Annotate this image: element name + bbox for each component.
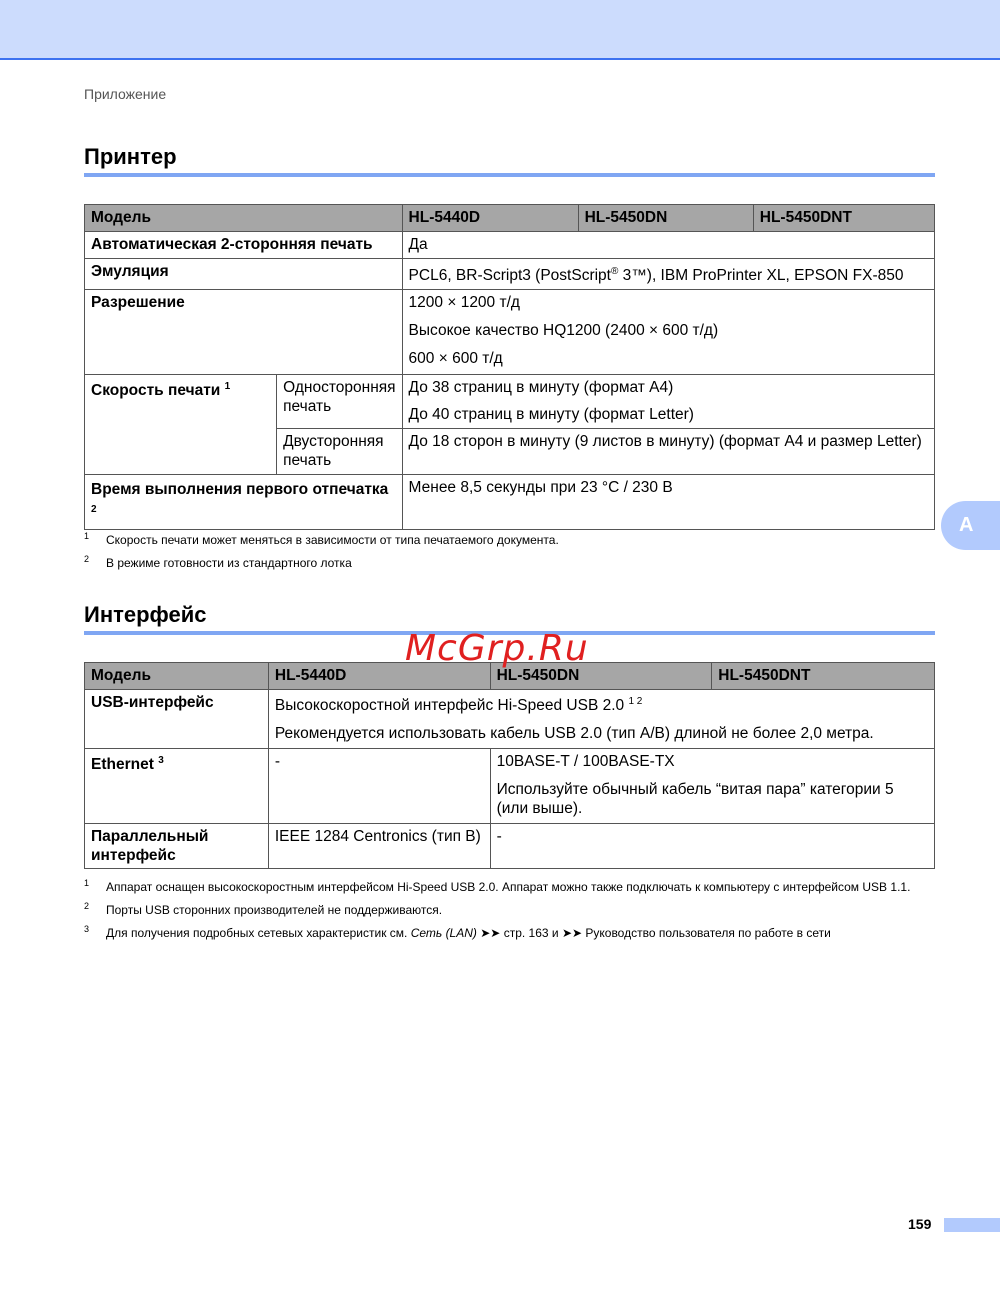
cross-reference-link[interactable]: Сеть (LAN) bbox=[411, 926, 477, 940]
table-row: Время выполнения первого отпечатка 2 Мен… bbox=[85, 475, 935, 530]
running-head: Приложение bbox=[84, 86, 166, 102]
header-model: Модель bbox=[85, 205, 403, 232]
header-hl5450dn: HL-5450DN bbox=[578, 205, 753, 232]
footnote-text: Для получения подробных сетевых характер… bbox=[106, 926, 411, 940]
table-row: Эмуляция PCL6, BR-Script3 (PostScript® 3… bbox=[85, 259, 935, 290]
speed-label: Скорость печати bbox=[91, 382, 220, 399]
footnote-text: В режиме готовности из стандартного лотк… bbox=[106, 556, 352, 570]
printer-spec-table: Модель HL-5440D HL-5450DN HL-5450DNT Авт… bbox=[84, 204, 935, 530]
first-print-label: Время выполнения первого отпечатка bbox=[91, 481, 388, 498]
emulation-text: PCL6, BR-Script3 (PostScript bbox=[409, 267, 611, 284]
header-model: Модель bbox=[85, 663, 269, 690]
footnote: 2В режиме готовности из стандартного лот… bbox=[84, 556, 944, 571]
appendix-side-tab: A bbox=[941, 501, 1000, 550]
table-header-row: Модель HL-5440D HL-5450DN HL-5450DNT bbox=[85, 205, 935, 232]
parallel-other-models: - bbox=[490, 824, 934, 869]
section-rule bbox=[84, 173, 935, 177]
row-label-duplex: Автоматическая 2-сторонняя печать bbox=[85, 232, 403, 259]
speed-value: До 40 страниц в минуту (формат Letter) bbox=[409, 405, 928, 424]
footnote: 1Скорость печати может меняться в зависи… bbox=[84, 533, 944, 548]
row-label-emulation: Эмуляция bbox=[85, 259, 403, 290]
footnote-number: 1 bbox=[84, 529, 89, 544]
ethernet-hl5440d: - bbox=[268, 749, 490, 824]
speed-value: До 38 страниц в минуту (формат A4) bbox=[409, 378, 928, 397]
footnote-text: стр. 163 и bbox=[500, 926, 562, 940]
speed-simplex-values: До 38 страниц в минуту (формат A4) До 40… bbox=[402, 375, 934, 429]
table-row: Ethernet 3 - 10BASE-T / 100BASE-TX Испол… bbox=[85, 749, 935, 824]
row-value-first-print: Менее 8,5 секунды при 23 °C / 230 В bbox=[402, 475, 934, 530]
header-hl5450dnt: HL-5450DNT bbox=[753, 205, 934, 232]
header-hl5450dnt: HL-5450DNT bbox=[712, 663, 935, 690]
parallel-hl5440d: IEEE 1284 Centronics (тип B) bbox=[268, 824, 490, 869]
footnote-number: 2 bbox=[84, 552, 89, 567]
row-label-resolution: Разрешение bbox=[85, 290, 403, 375]
row-value-resolution: 1200 × 1200 т/д Высокое качество HQ1200 … bbox=[402, 290, 934, 375]
footnote-ref: 2 bbox=[91, 504, 97, 515]
ethernet-other-models: 10BASE-T / 100BASE-TX Используйте обычны… bbox=[490, 749, 934, 824]
emulation-text-rest: 3™), IBM ProPrinter XL, EPSON FX-850 bbox=[618, 267, 903, 284]
footnote: 1Аппарат оснащен высокоскоростным интерф… bbox=[84, 880, 944, 895]
header-hl5440d: HL-5440D bbox=[402, 205, 578, 232]
speed-duplex-label: Двусторонняя печать bbox=[277, 429, 402, 475]
page-number-bar bbox=[944, 1218, 1000, 1232]
resolution-value: 600 × 600 т/д bbox=[409, 349, 928, 368]
ethernet-cable-note: Используйте обычный кабель “витая пара” … bbox=[497, 780, 928, 818]
footnote: 2Порты USB сторонних производителей не п… bbox=[84, 903, 944, 918]
row-label-ethernet: Ethernet 3 bbox=[85, 749, 269, 824]
usb-value-text: Высокоскоростной интерфейс Hi-Speed USB … bbox=[275, 697, 624, 714]
table-row: Разрешение 1200 × 1200 т/д Высокое качес… bbox=[85, 290, 935, 375]
footnote-text: Скорость печати может меняться в зависим… bbox=[106, 533, 559, 547]
table-row: Автоматическая 2-сторонняя печать Да bbox=[85, 232, 935, 259]
top-header-band bbox=[0, 0, 1000, 60]
printer-footnotes: 1Скорость печати может меняться в зависи… bbox=[84, 533, 944, 579]
interface-footnotes: 1Аппарат оснащен высокоскоростным интерф… bbox=[84, 880, 944, 949]
section-title-interface: Интерфейс bbox=[84, 602, 207, 628]
watermark: McGrp.Ru bbox=[405, 628, 589, 669]
row-value-emulation: PCL6, BR-Script3 (PostScript® 3™), IBM P… bbox=[402, 259, 934, 290]
footnote-text: Аппарат оснащен высокоскоростным интерфе… bbox=[106, 880, 910, 894]
row-value-duplex: Да bbox=[402, 232, 934, 259]
footnote-text: Порты USB сторонних производителей не по… bbox=[106, 903, 442, 917]
page-number: 159 bbox=[908, 1216, 931, 1232]
footnote-ref: 1 2 bbox=[628, 696, 642, 707]
row-label-speed: Скорость печати 1 bbox=[85, 375, 277, 475]
ethernet-label: Ethernet bbox=[91, 756, 154, 773]
double-arrow-icon: ➤➤ bbox=[480, 926, 500, 940]
footnote-number: 3 bbox=[84, 922, 89, 937]
section-title-printer: Принтер bbox=[84, 144, 177, 170]
usb-cable-note: Рекомендуется использовать кабель USB 2.… bbox=[275, 724, 928, 743]
footnote-number: 2 bbox=[84, 899, 89, 914]
row-label-parallel: Параллельный интерфейс bbox=[85, 824, 269, 869]
speed-simplex-label: Односторонняя печать bbox=[277, 375, 402, 429]
footnote-number: 1 bbox=[84, 876, 89, 891]
row-label-first-print: Время выполнения первого отпечатка 2 bbox=[85, 475, 403, 530]
footnote-text: Руководство пользователя по работе в сет… bbox=[582, 926, 831, 940]
ethernet-value: 10BASE-T / 100BASE-TX bbox=[497, 752, 928, 771]
interface-spec-table: Модель HL-5440D HL-5450DN HL-5450DNT USB… bbox=[84, 662, 935, 869]
table-row: USB-интерфейс Высокоскоростной интерфейс… bbox=[85, 690, 935, 749]
footnote-ref: 1 bbox=[225, 381, 231, 392]
resolution-value: Высокое качество HQ1200 (2400 × 600 т/д) bbox=[409, 321, 928, 340]
double-arrow-icon: ➤➤ bbox=[562, 926, 582, 940]
footnote-ref: 3 bbox=[158, 755, 164, 766]
table-row: Скорость печати 1 Односторонняя печать Д… bbox=[85, 375, 935, 429]
footnote: 3Для получения подробных сетевых характе… bbox=[84, 926, 944, 941]
resolution-value: 1200 × 1200 т/д bbox=[409, 293, 928, 312]
row-value-usb: Высокоскоростной интерфейс Hi-Speed USB … bbox=[268, 690, 934, 749]
speed-duplex-value: До 18 сторон в минуту (9 листов в минуту… bbox=[402, 429, 934, 475]
row-label-usb: USB-интерфейс bbox=[85, 690, 269, 749]
table-row: Параллельный интерфейс IEEE 1284 Centron… bbox=[85, 824, 935, 869]
usb-value: Высокоскоростной интерфейс Hi-Speed USB … bbox=[275, 696, 928, 715]
